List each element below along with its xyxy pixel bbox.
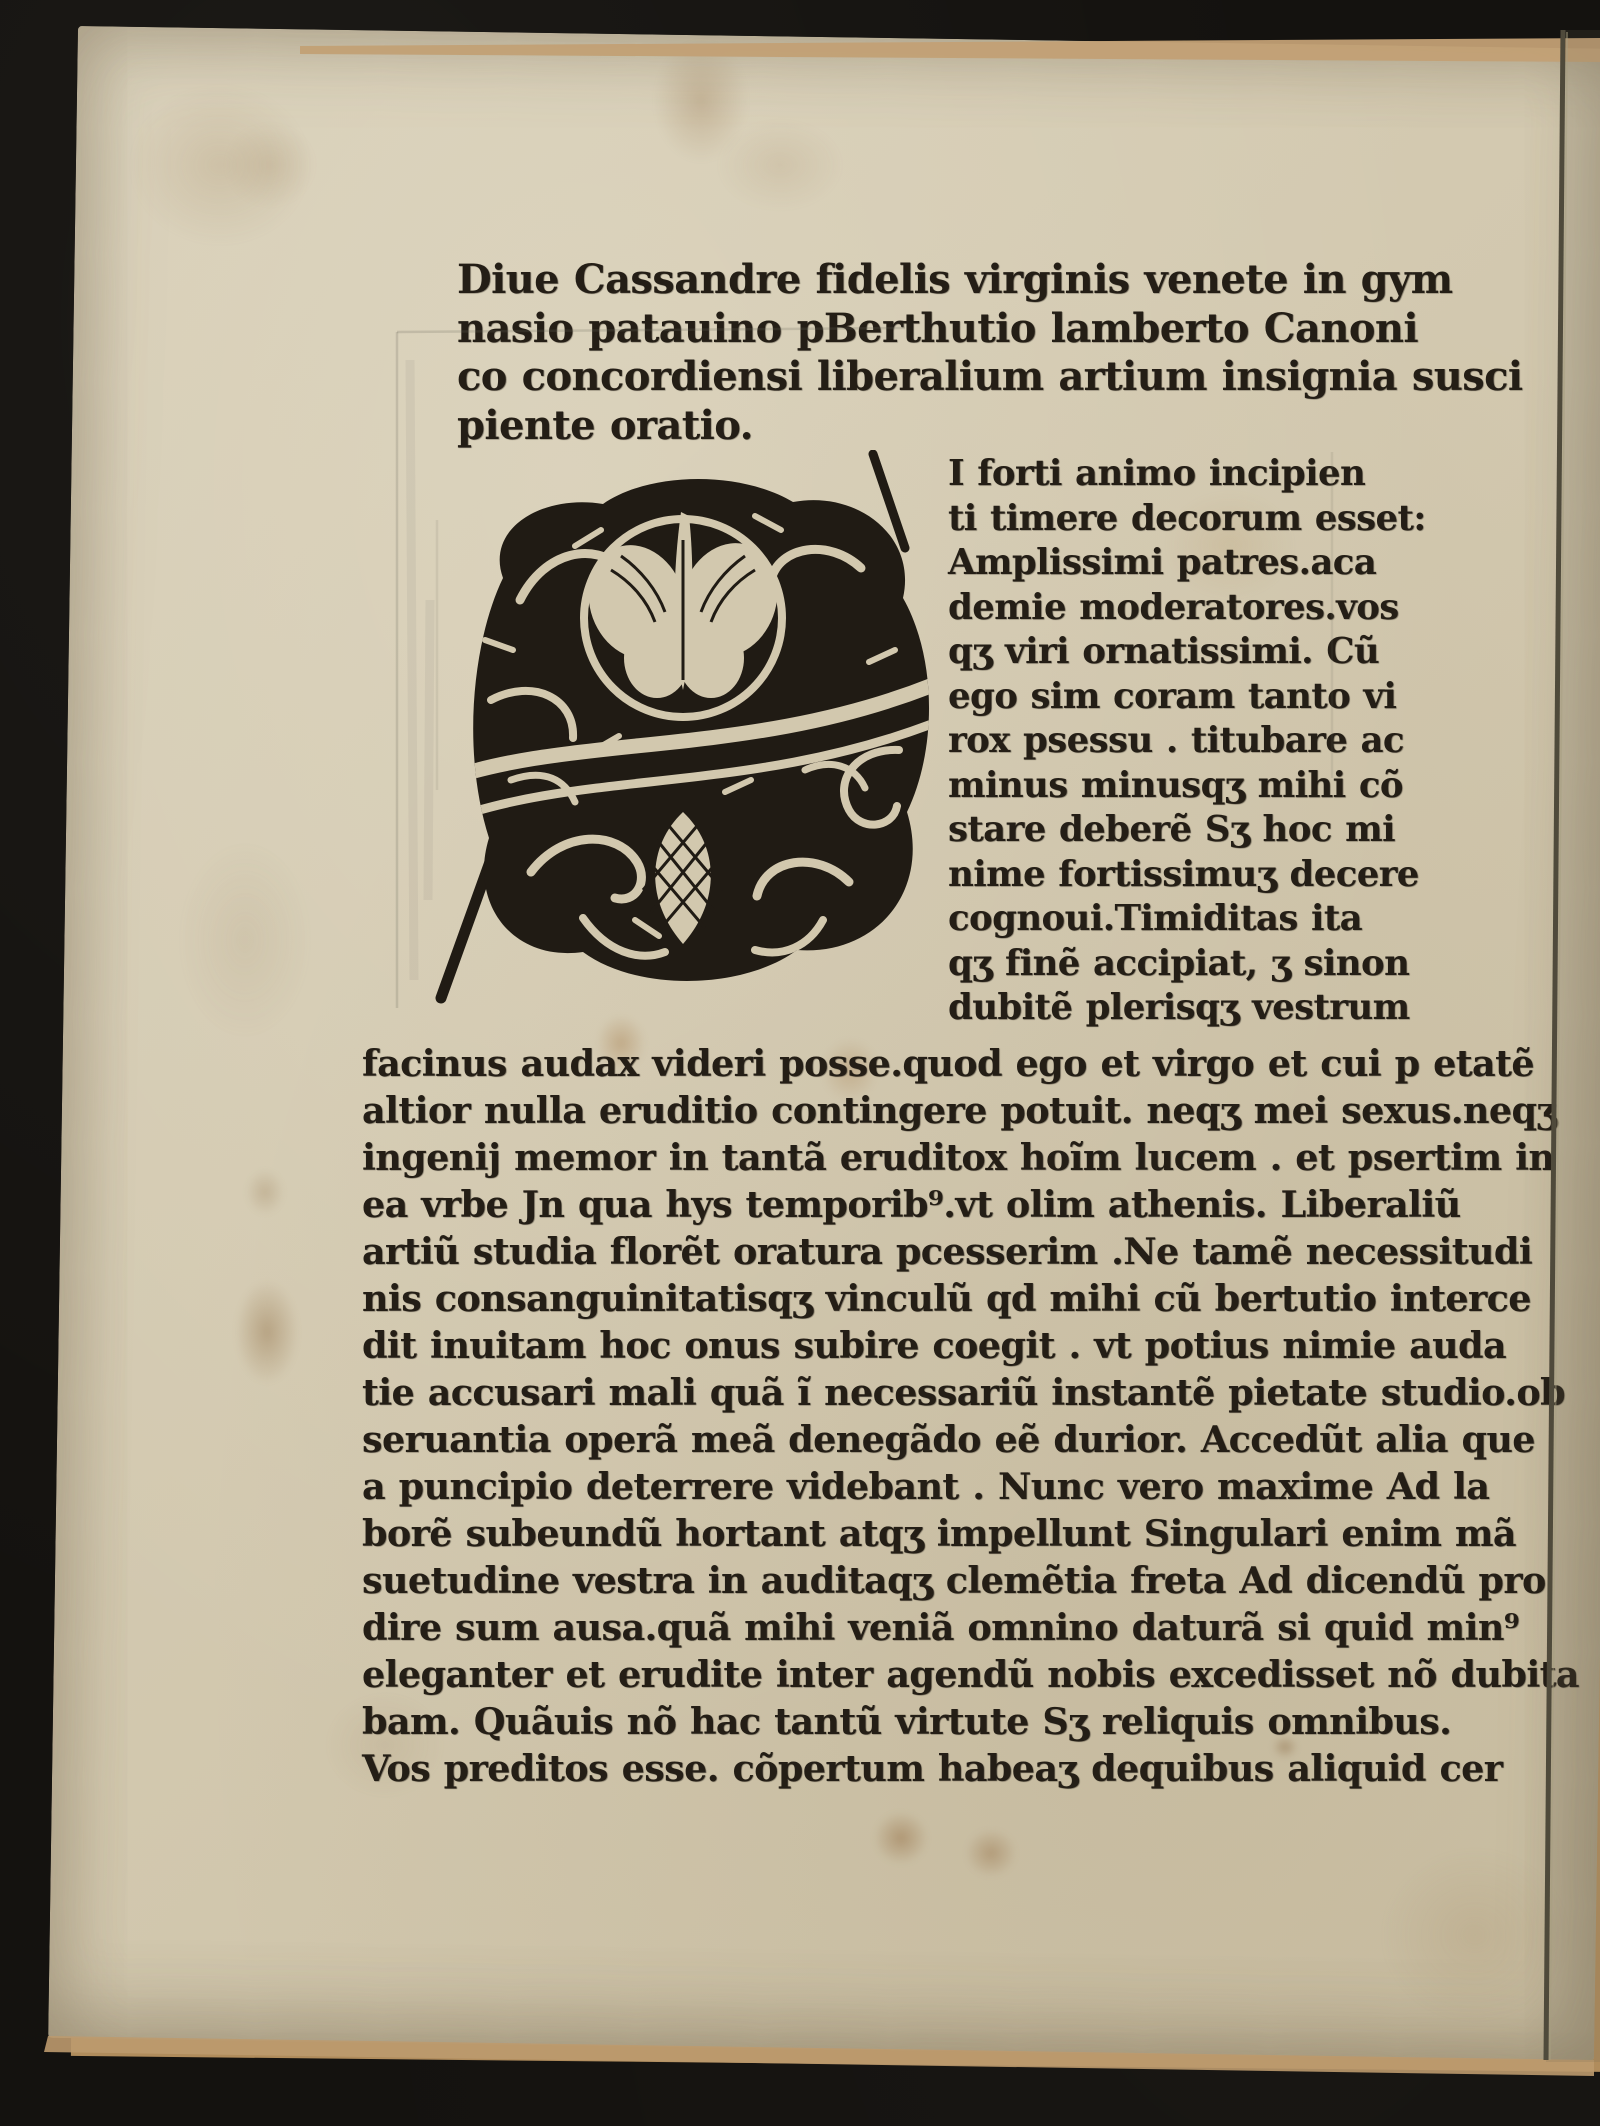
heading-line: piente oratio. <box>457 402 1303 451</box>
woodcut-initial-icon <box>425 450 953 1010</box>
column-line: minus minusqʒ mihi cõ <box>948 764 1362 809</box>
column-line: cognoui.Timiditas ita <box>948 897 1362 942</box>
body-line: artiũ studia florẽt oratura pcesserim .N… <box>362 1228 1378 1275</box>
body-line: seruantia operã meã denegãdo eẽ durior. … <box>362 1416 1378 1463</box>
column-line: qʒ viri ornatissimi. Cũ <box>948 630 1362 675</box>
body-line: Vos preditos esse. cõpertum habeaʒ dequi… <box>362 1745 1378 1792</box>
column-line: I forti animo incipien <box>948 452 1362 497</box>
scanned-book-page: { "page": { "description": "Incunabulum … <box>0 0 1600 2126</box>
body-line: a puncipio deterrere videbant . Nunc ver… <box>362 1463 1378 1510</box>
column-line: ego sim coram tanto vi <box>948 675 1362 720</box>
column-line: stare deberẽ Sʒ hoc mi <box>948 808 1362 853</box>
body-line: dire sum ausa.quã mihi veniã omnino datu… <box>362 1604 1378 1651</box>
body-line: bam. Quãuis nõ hac tantũ virtute Sʒ reli… <box>362 1698 1378 1745</box>
column-line: qʒ finẽ accipiat, ʒ sinon <box>948 942 1362 987</box>
body-line: ingenij memor in tantã eruditox hoĩm luc… <box>362 1134 1378 1181</box>
body-line: eleganter et erudite inter agendũ nobis … <box>362 1651 1378 1698</box>
heading-line: Diue Cassandre fidelis virginis venete i… <box>457 256 1303 305</box>
body-line: altior nulla eruditio contingere potuit.… <box>362 1087 1378 1134</box>
body-line: facinus audax videri posse.quod ego et v… <box>362 1040 1378 1087</box>
body-line: borẽ subeundũ hortant atqʒ impellunt Sin… <box>362 1510 1378 1557</box>
body-line: suetudine vestra in auditaqʒ clemẽtia fr… <box>362 1557 1378 1604</box>
column-line: nime fortissimuʒ decere <box>948 853 1362 898</box>
heading-line: co concordiensi liberalium artium insign… <box>457 353 1303 402</box>
body-line: nis consanguinitatisqʒ vinculũ qd mihi c… <box>362 1275 1378 1322</box>
column-line: demie moderatores.vos <box>948 586 1362 631</box>
column-line: rox psessu . titubare ac <box>948 719 1362 764</box>
column-line: ti timere decorum esset: <box>948 497 1362 542</box>
column-line: Amplissimi patres.aca <box>948 541 1362 586</box>
printed-content: Diue Cassandre fidelis virginis venete i… <box>0 0 1600 2126</box>
column-text-block: I forti animo incipien ti timere decorum… <box>948 452 1362 1031</box>
body-line: ea vrbe Jn qua hys temporib⁹.vt olim ath… <box>362 1181 1378 1228</box>
column-line: dubitẽ plerisqʒ vestrum <box>948 986 1362 1031</box>
heading-line: nasio patauino pBerthutio lamberto Canon… <box>457 305 1303 354</box>
body-line: tie accusari mali quã ĩ necessariũ insta… <box>362 1369 1378 1416</box>
title-block: Diue Cassandre fidelis virginis venete i… <box>457 256 1303 450</box>
body-text-block: facinus audax videri posse.quod ego et v… <box>362 1040 1378 1792</box>
body-line: dit inuitam hoc onus subire coegit . vt … <box>362 1322 1378 1369</box>
